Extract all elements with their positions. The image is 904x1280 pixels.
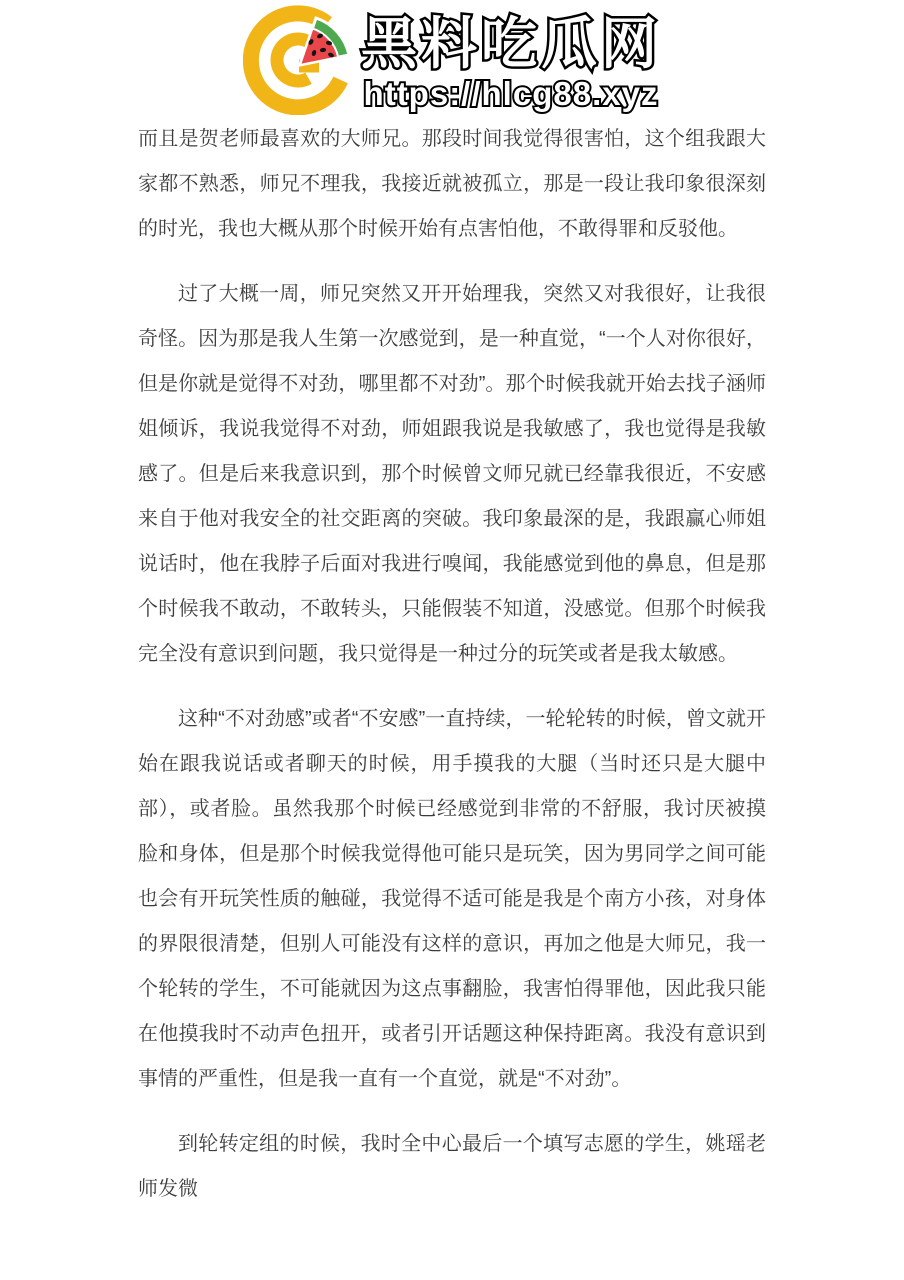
site-url[interactable]: https://hlcg88.xyz xyxy=(364,77,659,110)
article-paragraph: 到轮转定组的时候，我时全中心最后一个填写志愿的学生，姚瑶老师发微 xyxy=(138,1122,766,1212)
site-logo[interactable] xyxy=(243,5,353,115)
article-paragraph: 过了大概一周，师兄突然又开开始理我，突然又对我很好，让我很奇怪。因为那是我人生第… xyxy=(138,272,766,677)
brand-text: 黑料吃瓜网 https://hlcg88.xyz xyxy=(361,10,661,110)
site-title[interactable]: 黑料吃瓜网 xyxy=(361,10,661,77)
article-paragraph: 而且是贺老师最喜欢的大师兄。那段时间我觉得很害怕，这个组我跟大家都不熟悉，师兄不… xyxy=(138,117,766,252)
watermelon-slice-icon xyxy=(300,18,349,65)
article-body: 而且是贺老师最喜欢的大师兄。那段时间我觉得很害怕，这个组我跟大家都不熟悉，师兄不… xyxy=(138,117,766,1212)
site-header: 黑料吃瓜网 https://hlcg88.xyz xyxy=(0,0,904,115)
article-paragraph: 这种“不对劲感”或者“不安感”一直持续，一轮轮转的时候，曾文就开始在跟我说话或者… xyxy=(138,697,766,1102)
cg-watermelon-logo-icon xyxy=(243,5,353,115)
